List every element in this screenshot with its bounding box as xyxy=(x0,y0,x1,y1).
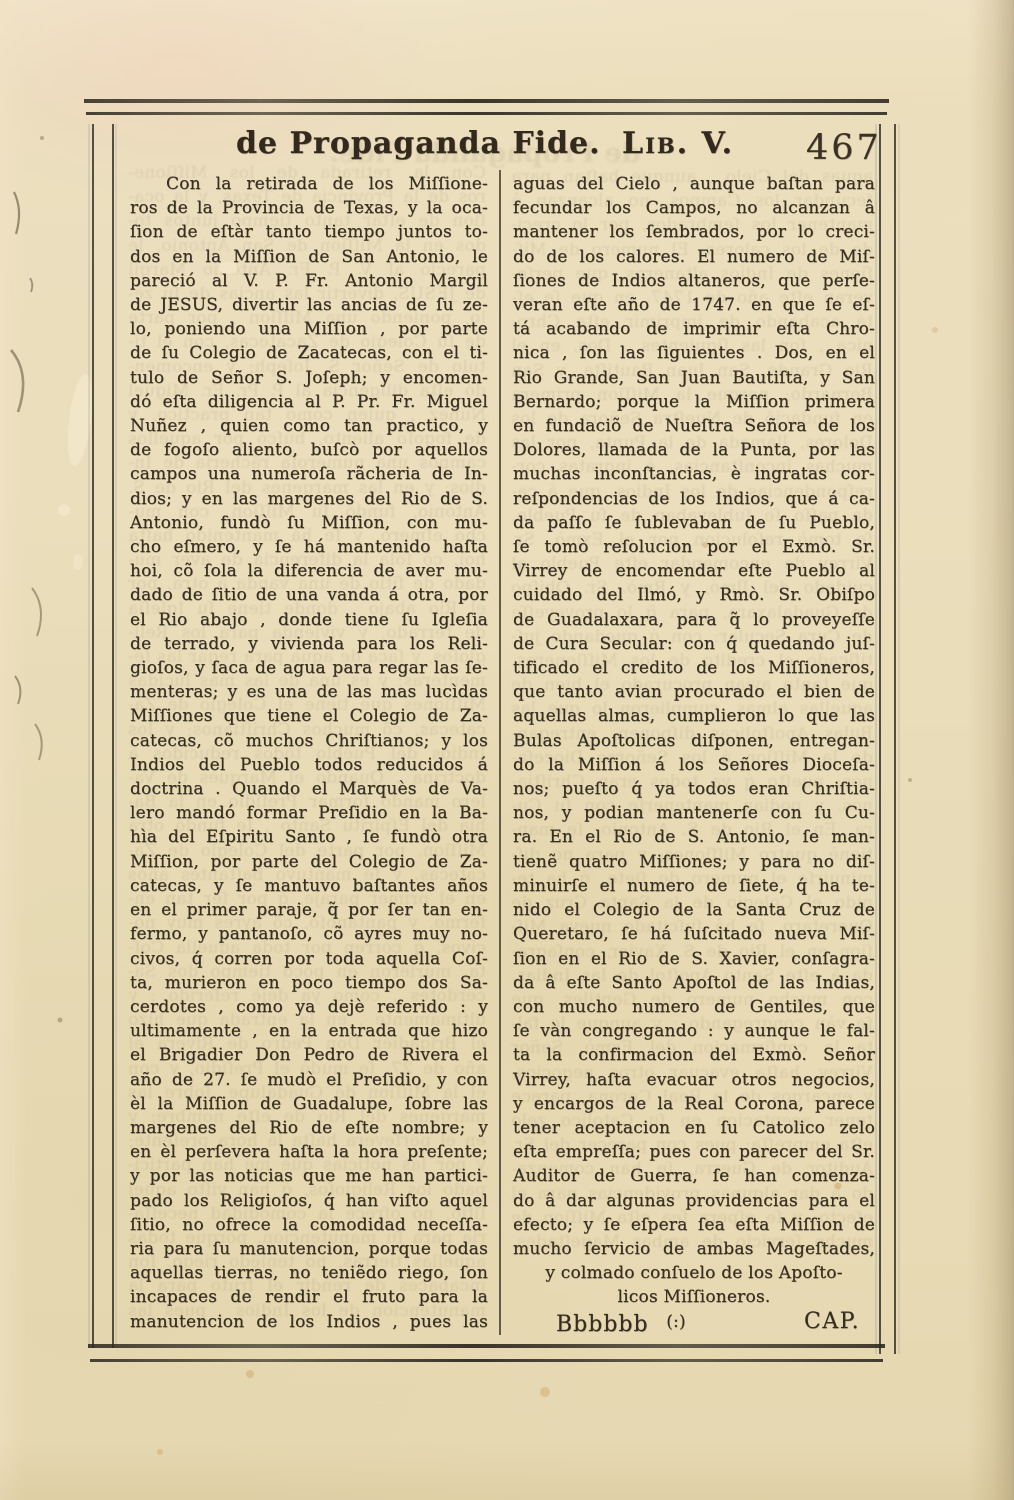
running-head: de Propaganda Fide. Lib. V. xyxy=(180,126,790,161)
text-line: ſe vàn congregando : y aunque le fal- xyxy=(513,1019,875,1043)
text-line: civos, q́ corren por toda aquella Coſ- xyxy=(130,947,488,971)
book-page-scan: Con la retirada de los Miſſione-ros de l… xyxy=(0,0,1014,1500)
text-line: cerdotes , como ya dejè referido : y xyxy=(130,995,488,1019)
text-line: minuirſe el numero de ſiete, q́ ha te- xyxy=(513,874,875,898)
text-line: que tanto avian procurado el bien de xyxy=(513,680,875,704)
closing-line: licos Miſſioneros. xyxy=(513,1285,875,1309)
text-line: de Cura Secular: con q́ quedando juſ- xyxy=(513,632,875,656)
text-line: muchas inconſtancias, è ingratas cor- xyxy=(513,462,875,486)
closing-line: y colmado conſuelo de los Apoſto- xyxy=(513,1261,875,1285)
text-line: mantener los ſembrados, por lo creci- xyxy=(513,220,875,244)
text-line: y por las noticias que me han partici- xyxy=(130,1164,488,1188)
text-line: mucho ſervicio de ambas Mageſtades, xyxy=(513,1237,875,1261)
catchword: CAP. xyxy=(804,1309,860,1334)
text-line: nica , ſon las ſiguientes . Dos, en el xyxy=(513,341,875,365)
text-line: Miſſiones que tiene el Colegio de Za- xyxy=(130,704,488,728)
text-line: el Brigadier Don Pedro de Rivera el xyxy=(130,1043,488,1067)
text-line: Virrey de encomendar eſte Pueblo al xyxy=(513,559,875,583)
text-line: menteras; y es una de las mas lucìdas xyxy=(130,680,488,704)
text-line: nido el Colegio de la Santa Cruz de xyxy=(513,898,875,922)
text-line: ſe tomò reſolucion por el Exmò. Sr. xyxy=(513,535,875,559)
text-line: ſion en el Rio de S. Xavier, conſagra- xyxy=(513,947,875,971)
text-line: lo, poniendo una Miſſion , por parte xyxy=(130,317,488,341)
text-line: de ſu Colegio de Zacatecas, con el ti- xyxy=(130,341,488,365)
frame-rule-left xyxy=(112,124,114,1348)
text-line: èl la Miſſion de Guadalupe, ſobre las xyxy=(130,1092,488,1116)
text-line: Miſſion, por parte del Colegio de Za- xyxy=(130,850,488,874)
text-line: Indios del Pueblo todos reducidos á xyxy=(130,753,488,777)
text-line: ſitio, no ofrece la comodidad neceſſa- xyxy=(130,1213,488,1237)
text-line: hoi, cõ ſola la diferencia de aver mu- xyxy=(130,559,488,583)
running-head-title: de Propaganda Fide. xyxy=(236,126,601,161)
text-line: pareció al V. P. Fr. Antonio Margil xyxy=(130,269,488,293)
text-line: lero mandó formar Preſidio en la Ba- xyxy=(130,801,488,825)
text-line: y encargos de la Real Corona, parece xyxy=(513,1092,875,1116)
text-line: manutencion de los Indios , pues las xyxy=(130,1310,488,1334)
text-line: catecas, cõ muchos Chriſtianos; y los xyxy=(130,729,488,753)
text-line: el Rio abajo , donde tiene ſu Igleſia xyxy=(130,608,488,632)
text-column-left: Con la retirada de los Miſſione-ros de l… xyxy=(130,172,488,1334)
text-line: do â dar algunas providencias para el xyxy=(513,1189,875,1213)
text-line: de fogoſo aliento, buſcò por aquellos xyxy=(130,438,488,462)
text-line: ros de la Provincia de Texas, y la oca- xyxy=(130,196,488,220)
text-line: Con la retirada de los Miſſione- xyxy=(130,172,488,196)
text-line: ta la confirmacion del Exmò. Señor xyxy=(513,1043,875,1067)
signature-mark: Bbbbbb xyxy=(556,1312,649,1337)
text-line: do de los calores. El numero de Miſ- xyxy=(513,245,875,269)
text-line: año de 27. ſe mudò el Preſidio, y con xyxy=(130,1068,488,1092)
text-line: gioſos, y ſaca de agua para regar las ſe… xyxy=(130,656,488,680)
page-number: 467 xyxy=(806,128,882,168)
text-line: da â eſte Santo Apoſtol de las Indias, xyxy=(513,971,875,995)
text-line: dado de ſitio de una vanda á otra, por xyxy=(130,583,488,607)
column-divider-rule xyxy=(499,170,501,1335)
text-line: tienẽ quatro Miſſiones; y para no diſ- xyxy=(513,850,875,874)
text-line: fermo, y pantanoſo, cõ ayres muy no- xyxy=(130,922,488,946)
text-line: Rio Grande, San Juan Bautiſta, y San xyxy=(513,366,875,390)
text-line: tulo de Señor S. Joſeph; y encomen- xyxy=(130,366,488,390)
text-line: Bulas Apoſtolicas diſponen, entregan- xyxy=(513,729,875,753)
text-line: doctrina . Quando el Marquès de Va- xyxy=(130,777,488,801)
text-line: de JESUS, divertir las ancias de ſu ze- xyxy=(130,293,488,317)
text-line: cho eſmero, y ſe há mantenido haſta xyxy=(130,535,488,559)
text-line: ra. En el Rio de S. Antonio, ſe man- xyxy=(513,825,875,849)
text-line: aquellas tierras, no teniẽdo riego, ſon xyxy=(130,1261,488,1285)
text-line: Nuñez , quien como tan practico, y xyxy=(130,414,488,438)
text-line: con mucho numero de Gentiles, que xyxy=(513,995,875,1019)
text-line: en èl perſevera haſta la hora preſente; xyxy=(130,1140,488,1164)
text-line: ſiones de Indios altaneros, que perſe- xyxy=(513,269,875,293)
running-head-book-label: Lib. V. xyxy=(622,126,734,161)
text-line: eſta empreſſa; pues con parecer del Sr. xyxy=(513,1140,875,1164)
text-line: Antonio, fundò ſu Miſſion, con mu- xyxy=(130,511,488,535)
text-column-right: aguas del Cielo , aunque baſtan parafecu… xyxy=(513,172,875,1334)
text-line: reſpondencias de los Indios, que á ca- xyxy=(513,487,875,511)
text-line: incapaces de rendir el fruto para la xyxy=(130,1285,488,1309)
text-line: ta, murieron en poco tiempo dos Sa- xyxy=(130,971,488,995)
text-line: ſion de eſtàr tanto tiempo juntos to- xyxy=(130,220,488,244)
text-line: efecto; y ſe eſpera ſea eſta Miſſion de xyxy=(513,1213,875,1237)
text-line: margenes del Rio de eſte nombre; y xyxy=(130,1116,488,1140)
text-line: de Guadalaxara, para q̃ lo proveyeſſe xyxy=(513,608,875,632)
frame-rule-bottom xyxy=(90,1359,883,1362)
text-line: catecas, y ſe mantuvo baſtantes años xyxy=(130,874,488,898)
text-line: dó eſta diligencia al P. Pr. Fr. Miguel xyxy=(130,390,488,414)
frame-rule-left xyxy=(92,124,94,1348)
text-line: Dolores, llamada de la Punta, por las xyxy=(513,438,875,462)
text-line: nos, y podian mantenerſe con ſu Cu- xyxy=(513,801,875,825)
text-line: cuidado del Ilmó, y Rmò. Sr. Obiſpo xyxy=(513,583,875,607)
text-line: aquellas almas, cumplieron lo que las xyxy=(513,704,875,728)
text-line: de terrado, y vivienda para los Reli- xyxy=(130,632,488,656)
text-line: ria para ſu manutencion, porque todas xyxy=(130,1237,488,1261)
text-line: ultimamente , en la entrada que hizo xyxy=(130,1019,488,1043)
text-line: en el primer paraje, q̃ por ſer tan en- xyxy=(130,898,488,922)
text-line: fecundar los Campos, no alcanzan â xyxy=(513,196,875,220)
text-line: pado los Religioſos, q́ han viſto aquel xyxy=(130,1189,488,1213)
text-line: tá acabando de imprimir eſta Chro- xyxy=(513,317,875,341)
text-line: Bernardo; porque la Miſſion primera xyxy=(513,390,875,414)
frame-rule-bottom xyxy=(88,1344,885,1348)
text-line: hìa del Eſpiritu Santo , ſe fundò otra xyxy=(130,825,488,849)
text-line: tificado el credito de los Miſſioneros, xyxy=(513,656,875,680)
text-line: dios; y en las margenes del Rio de S. xyxy=(130,487,488,511)
text-line: campos una numeroſa rãcheria de In- xyxy=(130,462,488,486)
text-line: en fundaciõ de Nueſtra Señora de los xyxy=(513,414,875,438)
frame-rule-top xyxy=(86,112,887,115)
frame-rule-right xyxy=(879,124,881,1354)
text-line: da paſſo ſe ſublevaban de ſu Pueblo, xyxy=(513,511,875,535)
text-line: Auditor de Guerra, ſe han comenza- xyxy=(513,1164,875,1188)
text-line: Virrey, haſta evacuar otros negocios, xyxy=(513,1068,875,1092)
text-line: nos; pueſto q́ ya todos eran Chriſtia- xyxy=(513,777,875,801)
text-line: aguas del Cielo , aunque baſtan para xyxy=(513,172,875,196)
text-line: dos en la Miſſion de San Antonio, le xyxy=(130,245,488,269)
text-line: veran eſte año de 1747. en que ſe eſ- xyxy=(513,293,875,317)
frame-rule-right xyxy=(894,124,896,1354)
text-line: tener aceptacion en ſu Catolico zelo xyxy=(513,1116,875,1140)
text-line: Queretaro, ſe há ſuſcitado nueva Miſ- xyxy=(513,922,875,946)
text-line: do la Miſſion á los Señores Dioceſa- xyxy=(513,753,875,777)
frame-rule-top xyxy=(84,99,889,103)
